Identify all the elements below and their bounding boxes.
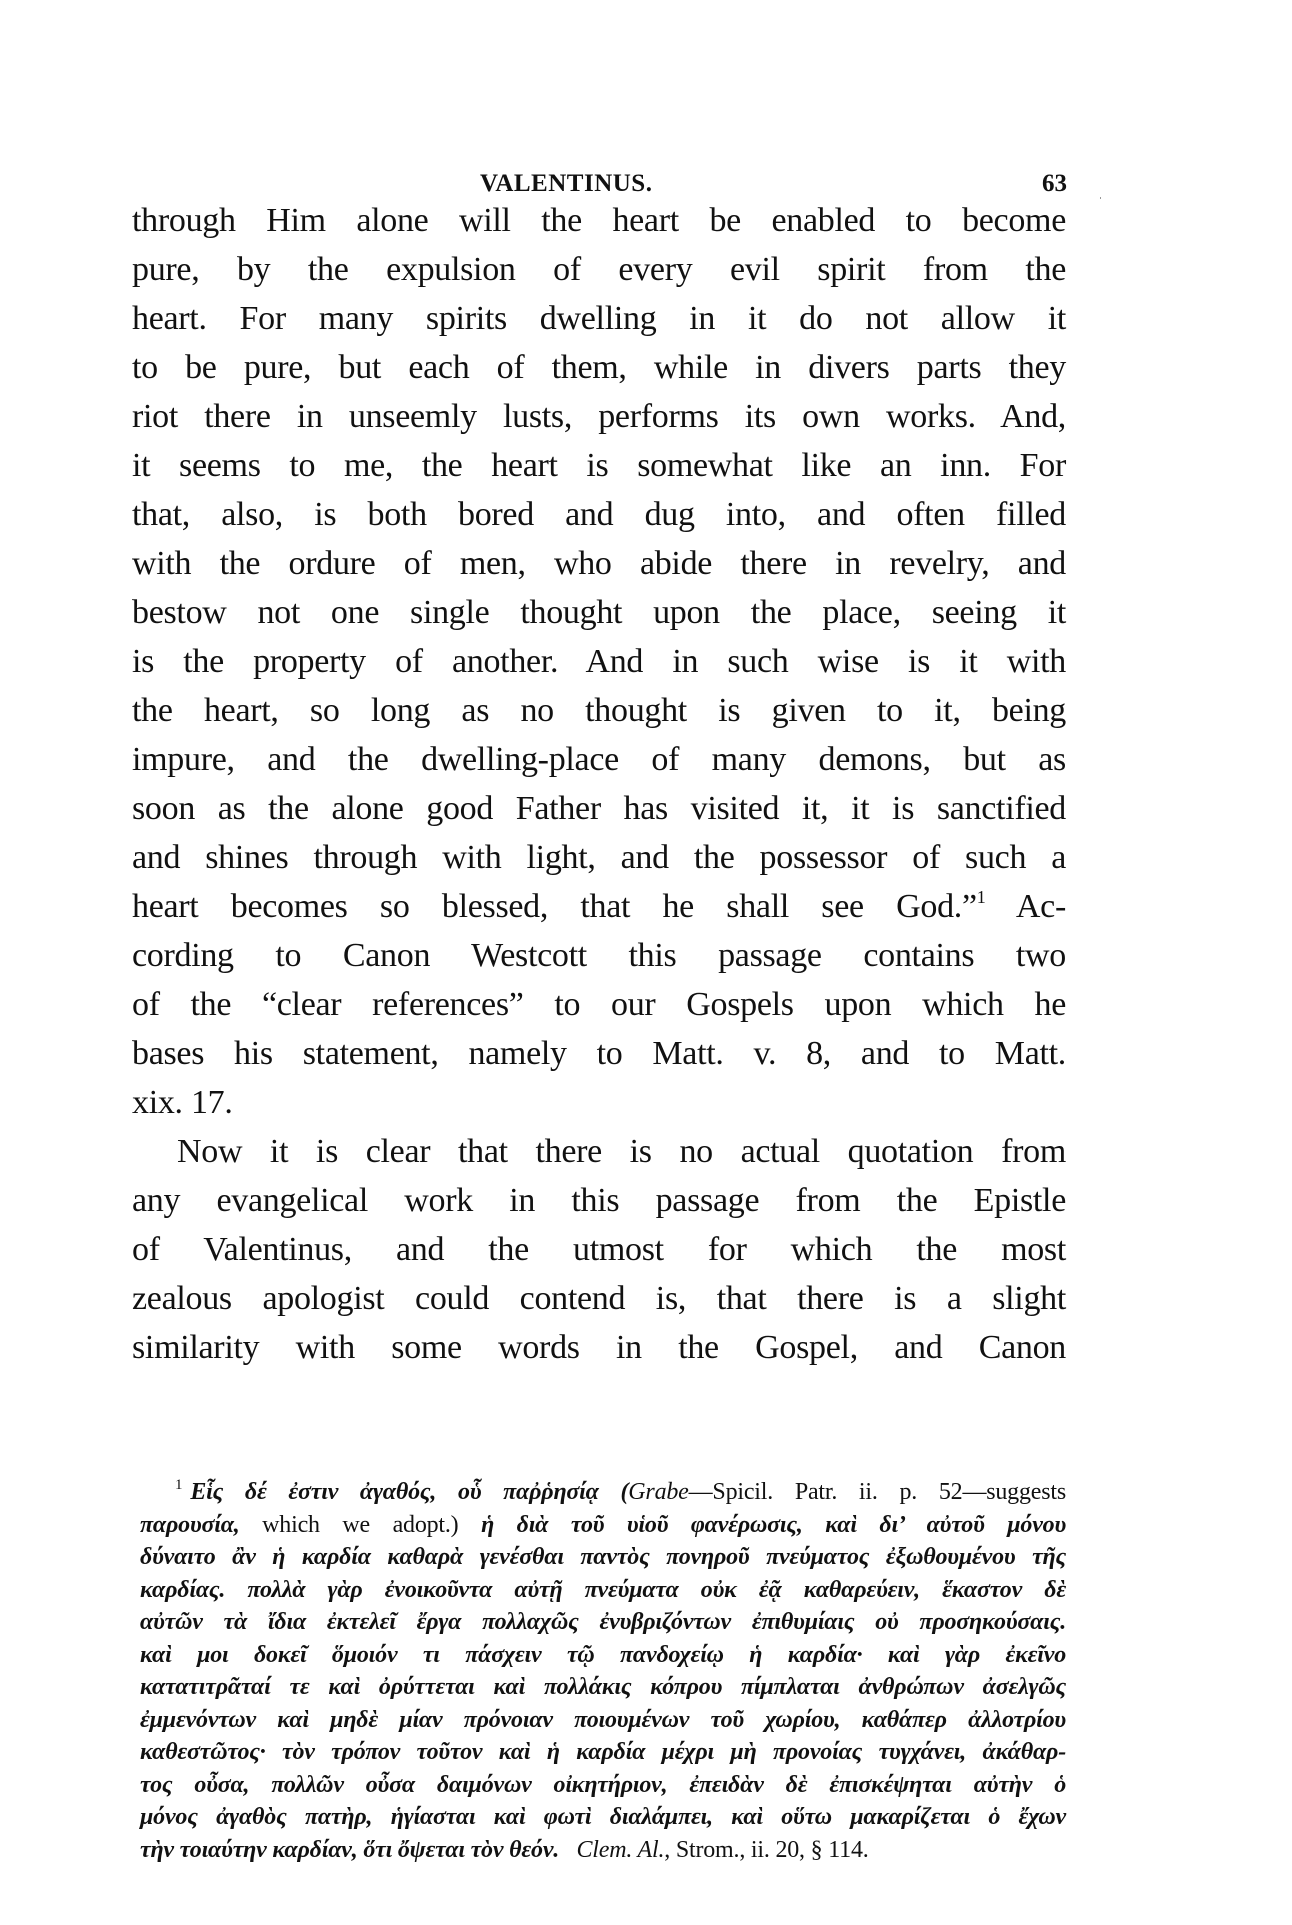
footnote-line: ἐμμενόντων καὶ μηδὲ μίαν πρόνοιαν ποιουμ…: [140, 1704, 1066, 1737]
footnote-line: παρουσία, which we adopt.) ἡ διὰ τοῦ υἱο…: [140, 1509, 1066, 1542]
footnote-line: 1Εἷς δέ ἐστιν ἀγαθός, οὗ παῤῥησίᾳ (Grabe…: [140, 1476, 1066, 1509]
body-line: of the “clear references” to our Gospels…: [132, 980, 1066, 1029]
body-line: with the ordure of men, who abide there …: [132, 539, 1066, 588]
body-line: xix. 17.: [132, 1078, 1066, 1127]
footnote-citation: , Strom., ii. 20, § 114.: [664, 1837, 868, 1863]
footnote-author: Clem. Al.: [576, 1837, 664, 1863]
body-line: that, also, is both bored and dug into, …: [132, 490, 1066, 539]
footnote-line: καθεστῶτος· τὸν τρόπον τοῦτον καὶ ἡ καρδ…: [140, 1736, 1066, 1769]
running-title: VALENTINUS.: [480, 170, 652, 198]
footnote-block: 1Εἷς δέ ἐστιν ἀγαθός, οὗ παῤῥησίᾳ (Grabe…: [140, 1476, 1066, 1866]
body-line: zealous apologist could contend is, that…: [132, 1274, 1066, 1323]
body-line: of Valentinus, and the utmost for which …: [132, 1225, 1066, 1274]
body-line: similarity with some words in the Gospel…: [132, 1323, 1066, 1372]
footnote-greek: ἡ διὰ τοῦ υἱοῦ φανέρωσις, καὶ δι’ αὐτοῦ …: [481, 1512, 1066, 1538]
body-line: is the property of another. And in such …: [132, 637, 1066, 686]
body-line: riot there in unseemly lusts, performs i…: [132, 392, 1066, 441]
footnote-marker: 1: [175, 1477, 182, 1493]
body-line: heart. For many spirits dwelling in it d…: [132, 294, 1066, 343]
footnote-english: which we adopt.): [240, 1512, 481, 1538]
scan-speck: [1100, 197, 1101, 199]
body-text: through Him alone will the heart be enab…: [132, 196, 1066, 1372]
body-line: it seems to me, the heart is somewhat li…: [132, 441, 1066, 490]
body-line: pure, by the expulsion of every evil spi…: [132, 245, 1066, 294]
footnote-line: μόνος ἀγαθὸς πατὴρ, ἡγίασται καὶ φωτὶ δι…: [140, 1801, 1066, 1834]
body-line: bestow not one single thought upon the p…: [132, 588, 1066, 637]
footnote-line: τος οὖσα, πολλῶν οὖσα δαιμόνων οἰκητήριο…: [140, 1769, 1066, 1802]
footnote-greek: παρουσία,: [140, 1512, 240, 1538]
body-line-with-footnote-ref: heart becomes so blessed, that he shall …: [132, 882, 1066, 931]
footnote-source-name: Grabe: [628, 1479, 688, 1505]
paragraph-first-line: Now it is clear that there is no actual …: [132, 1127, 1066, 1176]
body-line: impure, and the dwelling-place of many d…: [132, 735, 1066, 784]
body-line: cording to Canon Westcott this passage c…: [132, 931, 1066, 980]
footnote-greek: τὴν τοιαύτην καρδίαν, ὅτι ὄψεται τὸν θεό…: [140, 1837, 559, 1863]
body-text-run: heart becomes so blessed, that he shall …: [132, 888, 977, 925]
body-line: soon as the alone good Father has visite…: [132, 784, 1066, 833]
body-line: bases his statement, namely to Matt. v. …: [132, 1029, 1066, 1078]
book-page: VALENTINUS. 63 through Him alone will th…: [0, 0, 1292, 1925]
page-number: 63: [1042, 170, 1067, 198]
footnote-line: αὐτῶν τὰ ἴδια ἐκτελεῖ ἔργα πολλαχῶς ἐνυβ…: [140, 1606, 1066, 1639]
body-line: to be pure, but each of them, while in d…: [132, 343, 1066, 392]
body-line: through Him alone will the heart be enab…: [132, 196, 1066, 245]
footnote-line: κατατιτρᾶταί τε καὶ ὀρύττεται καὶ πολλάκ…: [140, 1671, 1066, 1704]
footnote-greek: Εἷς δέ ἐστιν ἀγαθός, οὗ παῤῥησίᾳ (: [190, 1479, 628, 1505]
footnote-line: καὶ μοι δοκεῖ ὅμοιόν τι πάσχειν τῷ πανδο…: [140, 1639, 1066, 1672]
footnote-citation: —Spicil. Patr. ii. p. 52—suggests: [689, 1479, 1066, 1505]
body-line: and shines through with light, and the p…: [132, 833, 1066, 882]
body-line: any evangelical work in this passage fro…: [132, 1176, 1066, 1225]
footnote-line: τὴν τοιαύτην καρδίαν, ὅτι ὄψεται τὸν θεό…: [140, 1834, 1066, 1867]
body-text-run: Ac-: [985, 888, 1066, 925]
footnote-line: καρδίας. πολλὰ γὰρ ἐνοικοῦντα αὐτῇ πνεύμ…: [140, 1574, 1066, 1607]
body-line: the heart, so long as no thought is give…: [132, 686, 1066, 735]
footnote-line: δύναιτο ἂν ἡ καρδία καθαρὰ γενέσθαι παντ…: [140, 1541, 1066, 1574]
